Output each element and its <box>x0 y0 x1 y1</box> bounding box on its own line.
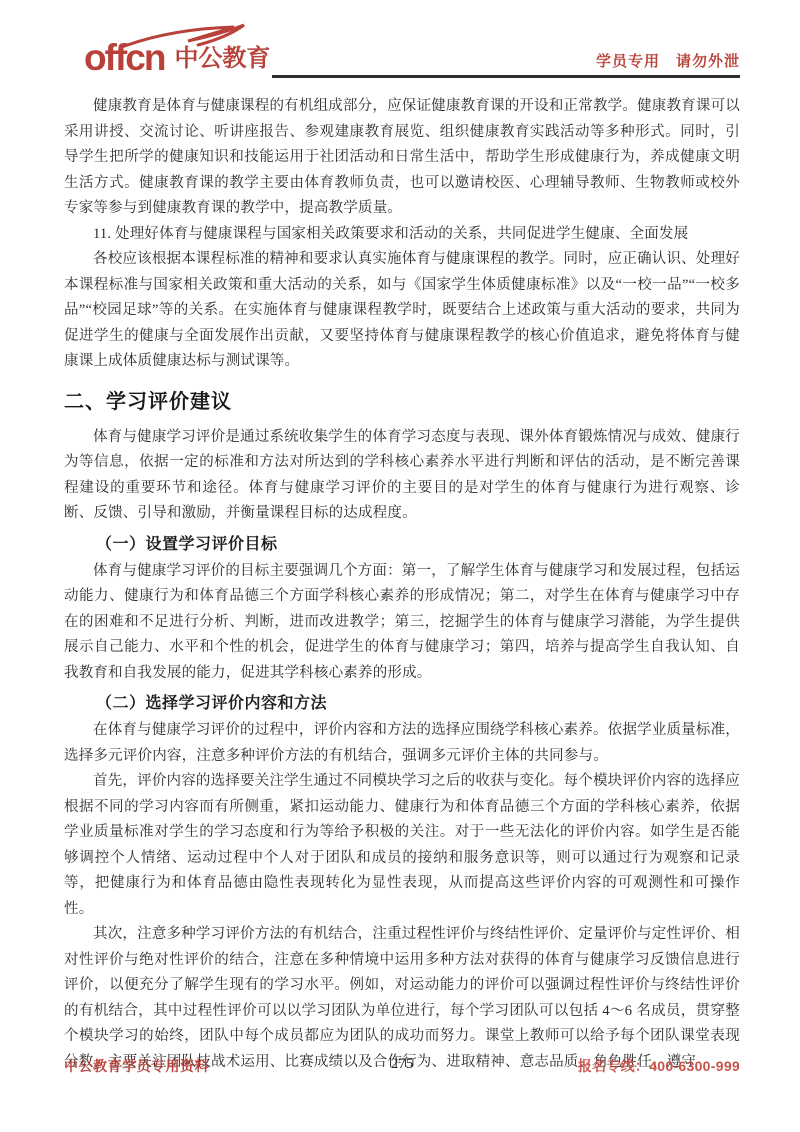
paragraph-content-method-selection: 在体育与健康学习评价的过程中，评价内容和方法的选择应围绕学科核心素养。依据学业质… <box>64 718 740 769</box>
document-body: 健康教育是体育与健康课程的有机组成部分，应保证健康教育课的开设和正常教学。健康教… <box>64 94 740 1075</box>
subheading-select-evaluation-content-methods: （二）选择学习评价内容和方法 <box>64 692 740 716</box>
footer-hotline: 报名专线：400-6300-999 <box>578 1056 740 1076</box>
header-divider <box>272 75 740 78</box>
page-number: 275 <box>391 1056 414 1073</box>
paragraph-second-method-combination: 其次，注意多种学习评价方法的有机结合，注重过程性评价与终结性评价、定量评价与定性… <box>64 922 740 1075</box>
paragraph-first-content-selection: 首先，评价内容的选择要关注学生通过不同模块学习之后的收获与变化。每个模块评价内容… <box>64 769 740 922</box>
confidential-notice: 学员专用 请勿外泄 <box>596 50 740 71</box>
heading-learning-evaluation-suggestions: 二、学习评价建议 <box>64 387 740 417</box>
offcn-logo: offcn中公教育 <box>84 38 270 78</box>
paragraph-evaluation-goals: 体育与健康学习评价的目标主要强调几个方面：第一，了解学生体育与健康学习和发展过程… <box>64 559 740 687</box>
paragraph-policy-relation: 各校应该根据本课程标准的精神和要求认真实施体育与健康课程的教学。同时，应正确认识… <box>64 247 740 375</box>
paragraph-health-education: 健康教育是体育与健康课程的有机组成部分，应保证健康教育课的开设和正常教学。健康教… <box>64 94 740 222</box>
paragraph-item-11: 11. 处理好体育与健康课程与国家相关政策要求和活动的关系，共同促进学生健康、全… <box>64 222 740 248</box>
document-page: offcn中公教育 学员专用 请勿外泄 健康教育是体育与健康课程的有机组成部分，… <box>0 0 800 1132</box>
offcn-logo-chinese: 中公教育 <box>174 45 270 72</box>
logo-swoosh-icon <box>118 23 250 49</box>
footer-material-label: 中公教育学员专用资料 <box>64 1056 209 1076</box>
paragraph-evaluation-overview: 体育与健康学习评价是通过系统收集学生的体育学习态度与表现、课外体育锻炼情况与成效… <box>64 425 740 527</box>
subheading-set-evaluation-goals: （一）设置学习评价目标 <box>64 533 740 557</box>
page-footer: 中公教育学员专用资料 275 报名专线：400-6300-999 <box>64 1056 740 1080</box>
